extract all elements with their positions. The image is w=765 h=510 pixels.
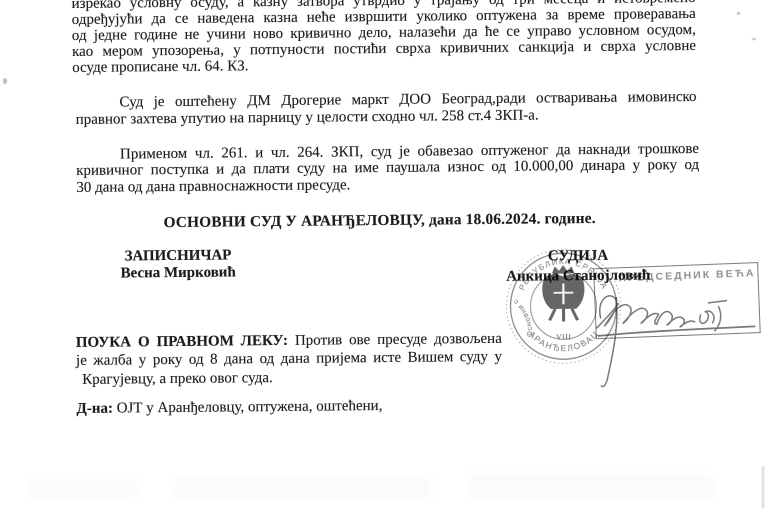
legal-remedy-paragraph: ПОУКА О ПРАВНОМ ЛЕКУ: Против ове пресуде…: [76, 330, 503, 389]
scan-smudge: [175, 477, 430, 500]
signature-stroke: [604, 304, 694, 328]
scan-speck: [737, 12, 740, 15]
delivery-label: Д-на:: [76, 401, 113, 417]
recorder-title: ЗАПИСНИЧАР: [80, 247, 276, 266]
text-line: Крагујевцу, а преко овог суда.: [76, 366, 502, 388]
scan-smudge: [468, 475, 713, 500]
paragraph-costs: Применом чл. 261. и чл. 264. ЗКП, суд је…: [76, 141, 699, 196]
delivery-text: ОЈТ у Аранђеловцу, оптужена, оштећени,: [113, 398, 383, 417]
legal-remedy-text: Против ове пресуде дозвољена: [288, 331, 502, 349]
scan-speck: [3, 78, 7, 84]
judge-handwritten-signature: [558, 264, 765, 398]
legal-remedy-label: ПОУКА О ПРАВНОМ ЛЕКУ:: [76, 333, 288, 351]
scan-edge-line: [762, 466, 764, 508]
recorder-signature-block: ЗАПИСНИЧАР Весна Мирковић: [80, 247, 276, 282]
signature-underline: [599, 326, 755, 335]
recorder-name: Весна Мирковић: [80, 264, 276, 283]
signature-stroke: [708, 301, 726, 331]
court-date-heading: ОСНОВНИ СУД У АРАНЂЕЛОВЦУ, дана 18.06.20…: [62, 209, 698, 233]
signature-stroke: [700, 311, 714, 323]
scanned-court-document: изрекао условну осуду, а казну затвора у…: [0, 0, 765, 510]
paragraph-conditional-sentence: изрекао условну осуду, а казну затвора у…: [71, 0, 696, 76]
delivery-note: Д-на: ОЈТ у Аранђеловцу, оптужена, оштећ…: [76, 396, 596, 418]
paragraph-property-claim: Суд је оштећену ДМ Дрогерие маркт ДОО Бе…: [75, 89, 696, 128]
scan-smudge: [28, 480, 138, 498]
document-body: изрекао условну осуду, а казну затвора у…: [0, 0, 765, 510]
scan-speck: [752, 38, 756, 40]
